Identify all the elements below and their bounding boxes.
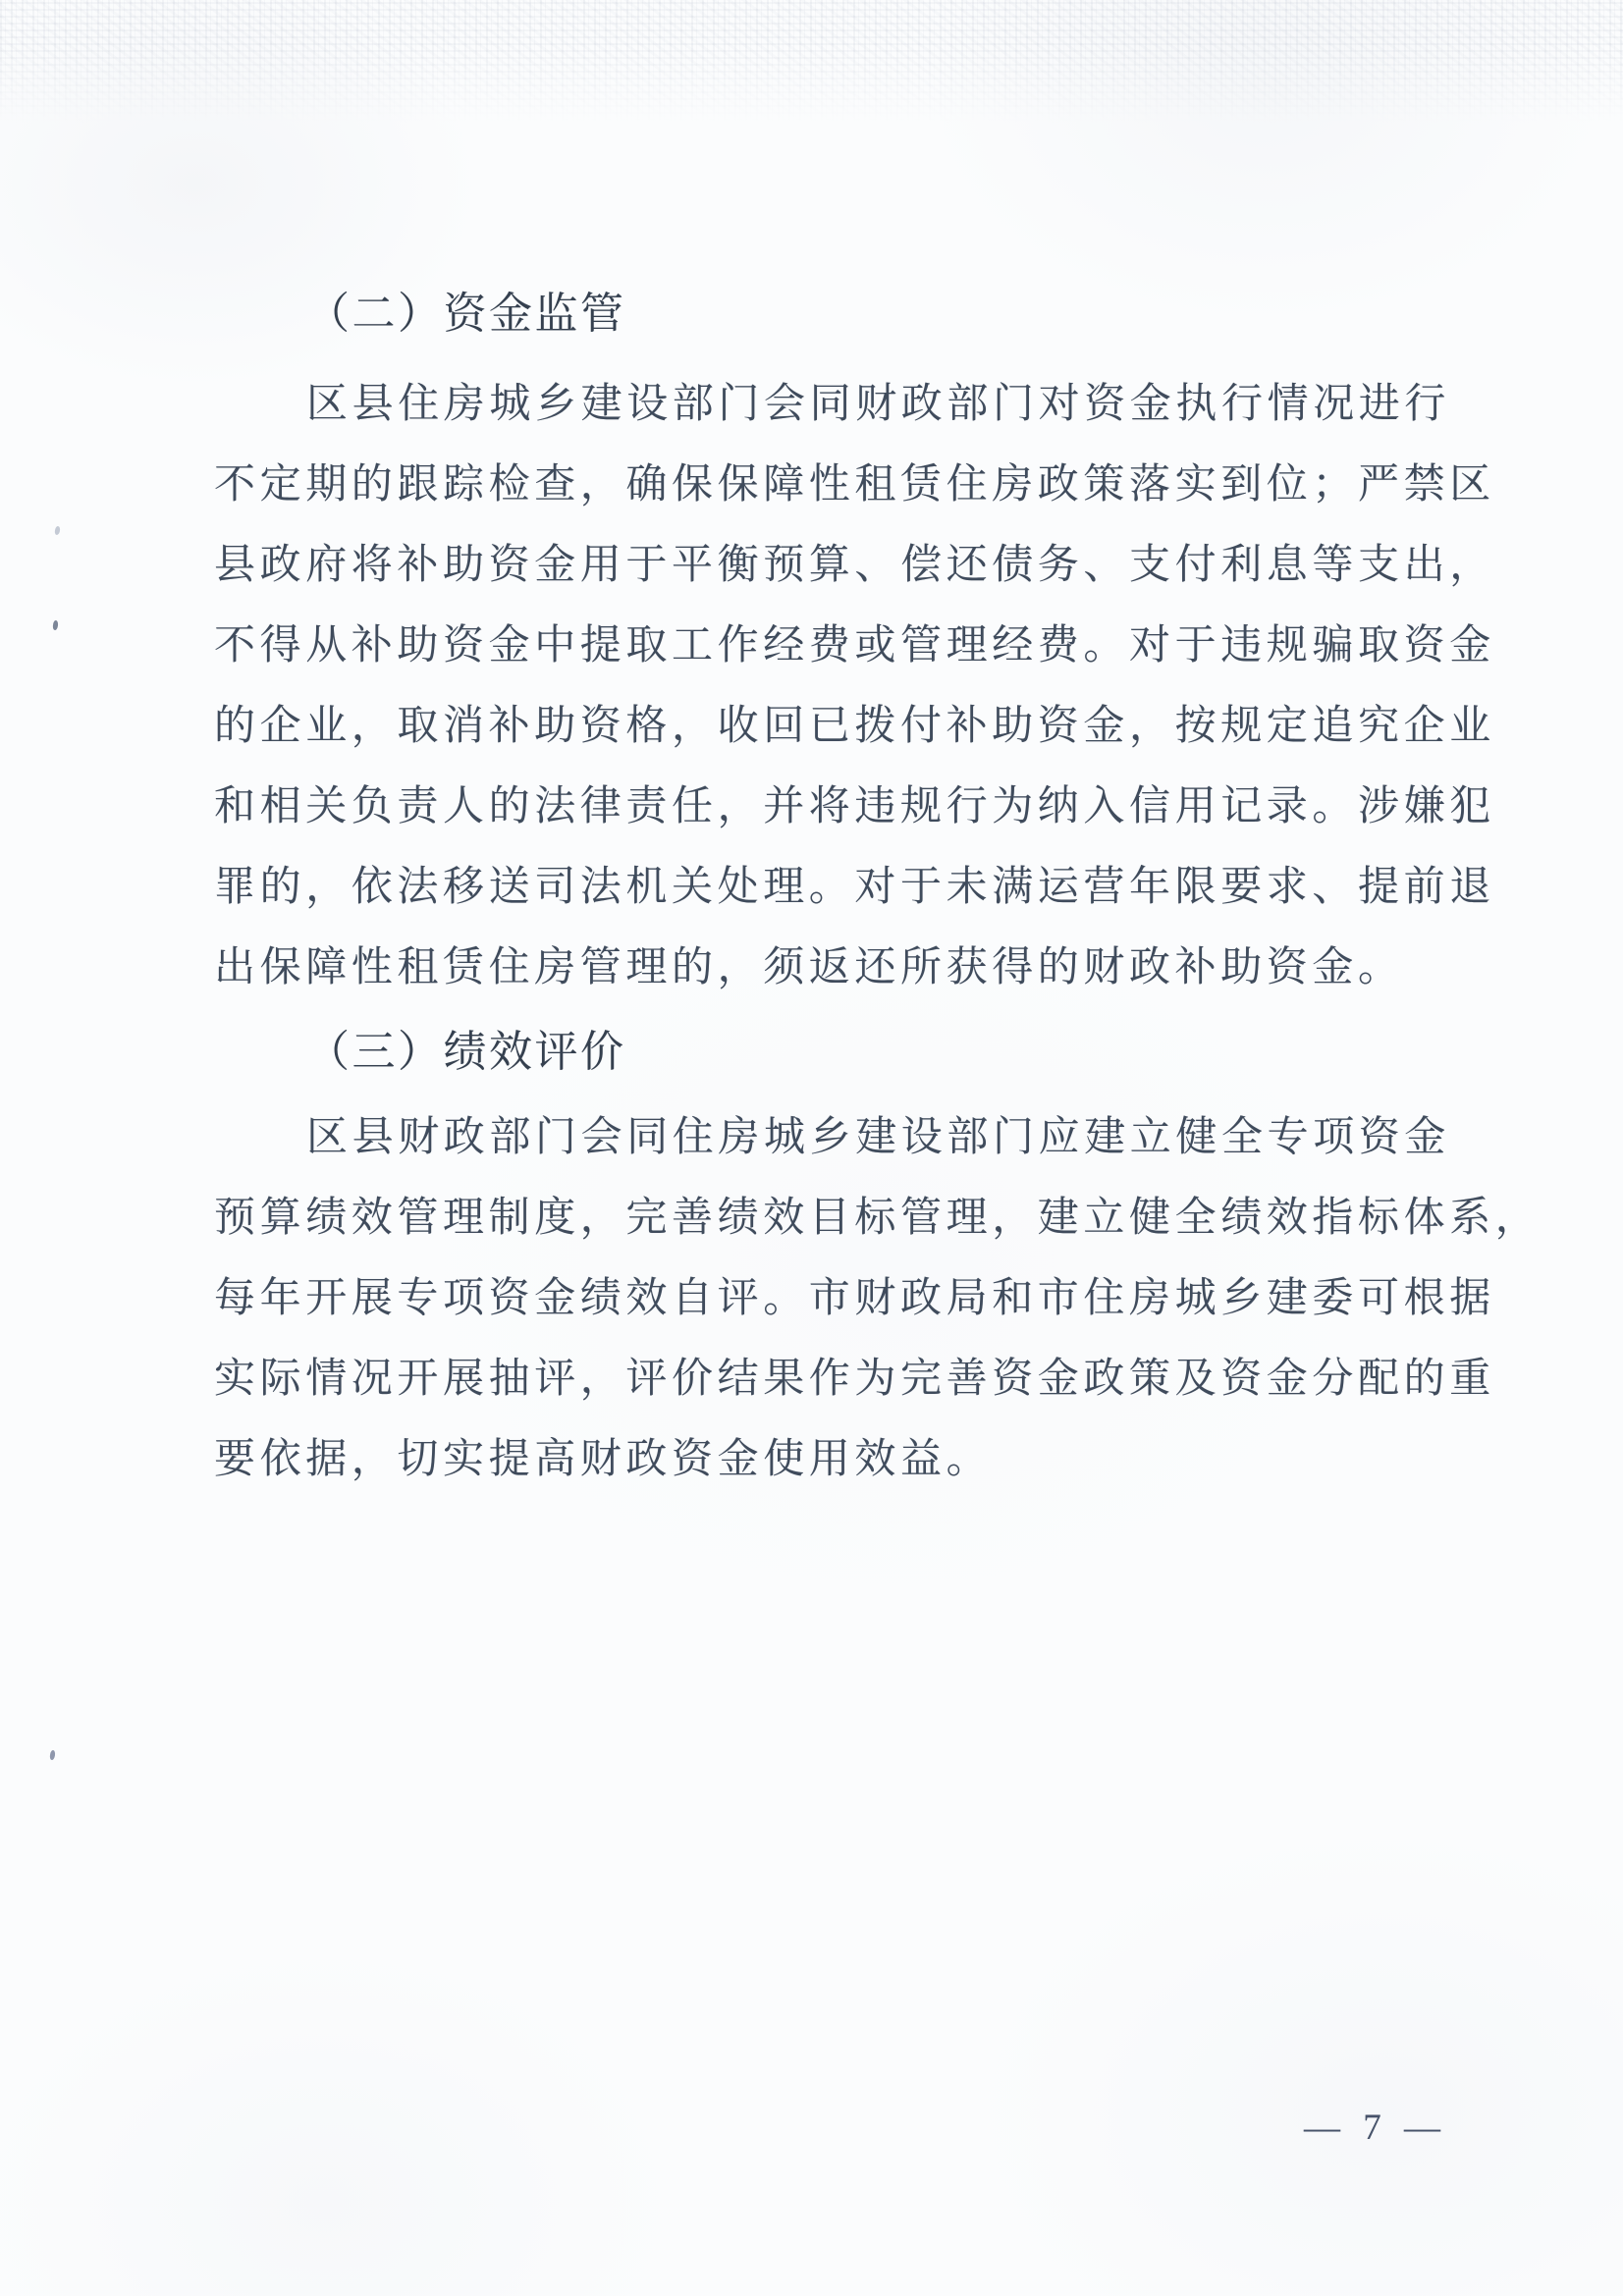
scan-noise-band [0, 0, 1623, 128]
body-line: 实际情况开展抽评，评价结果作为完善资金政策及资金分配的重 [214, 1356, 1481, 1403]
body-line: 不得从补助资金中提取工作经费或管理经费。对于违规骗取资金 [214, 622, 1481, 669]
scan-speck [49, 1750, 56, 1761]
body-line: 预算绩效管理制度，完善绩效目标管理，建立健全绩效指标体系， [214, 1195, 1481, 1242]
page-number: — 7 — [1304, 2107, 1442, 2149]
body-line: 区县财政部门会同住房城乡建设部门应建立健全专项资金 [214, 1114, 1573, 1161]
body-line: 要依据，切实提高财政资金使用效益。 [214, 1436, 1481, 1483]
scan-speck [54, 526, 61, 536]
section-heading-performance-evaluation: （三）绩效评价 [306, 1029, 1573, 1076]
body-line: 区县住房城乡建设部门会同财政部门对资金执行情况进行 [214, 381, 1573, 428]
body-line: 罪的，依法移送司法机关处理。对于未满运营年限要求、提前退 [214, 864, 1481, 911]
document-page: （二）资金监管 区县住房城乡建设部门会同财政部门对资金执行情况进行 不定期的跟踪… [0, 0, 1623, 2296]
scan-speck [52, 620, 58, 631]
body-line: 每年开展专项资金绩效自评。市财政局和市住房城乡建委可根据 [214, 1275, 1481, 1322]
body-line: 县政府将补助资金用于平衡预算、偿还债务、支付利息等支出， [214, 542, 1481, 589]
body-line: 和相关负责人的法律责任，并将违规行为纳入信用记录。涉嫌犯 [214, 783, 1481, 830]
body-line: 的企业，取消补助资格，收回已拨付补助资金，按规定追究企业 [214, 703, 1481, 750]
section-heading-funds-supervision: （二）资金监管 [306, 291, 1573, 338]
body-line: 出保障性租赁住房管理的，须返还所获得的财政补助资金。 [214, 944, 1481, 991]
body-line: 不定期的跟踪检查，确保保障性租赁住房政策落实到位；严禁区 [214, 461, 1481, 508]
